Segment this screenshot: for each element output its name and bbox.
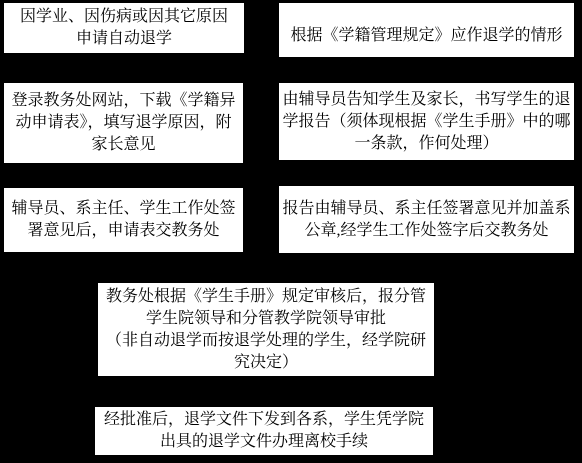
withdrawal-flowchart-canvas: 因学业、因伤病或因其它原因 申请自动退学 根据《学籍管理规定》应作退学的情形 登… [0,0,582,463]
flow-box-step-sign-submit-form: 辅导员、系主任、学生工作处签 署意见后，申请表交教务处 [4,188,243,252]
flow-box-step-report-sign-submit: 报告由辅导员、系主任签署意见并加盖系 公章,经学生工作处签字后交教务处 [279,186,574,253]
flow-box-reason-regulation-withdrawal: 根据《学籍管理规定》应作退学的情形 [279,3,574,57]
flow-box-step-download-form: 登录教务处网站，下载《学籍异 动申请表》，填写退学原因，附 家长意见 [4,83,243,163]
flow-box-step-counselor-notify: 由辅导员告知学生及家长，书写学生的退 学报告（须体现根据《学生手册》中的哪 一条… [279,83,574,160]
flow-box-step-academic-office-review: 教务处根据《学生手册》规定审核后，报分管 学生院领导和分管教学院领导审批 （非自… [98,283,434,376]
flow-box-reason-auto-withdrawal: 因学业、因伤病或因其它原因 申请自动退学 [4,3,244,53]
flow-box-step-leave-school-procedure: 经批准后，退学文件下发到各系，学生凭学院 出具的退学文件办理离校手续 [95,407,433,455]
